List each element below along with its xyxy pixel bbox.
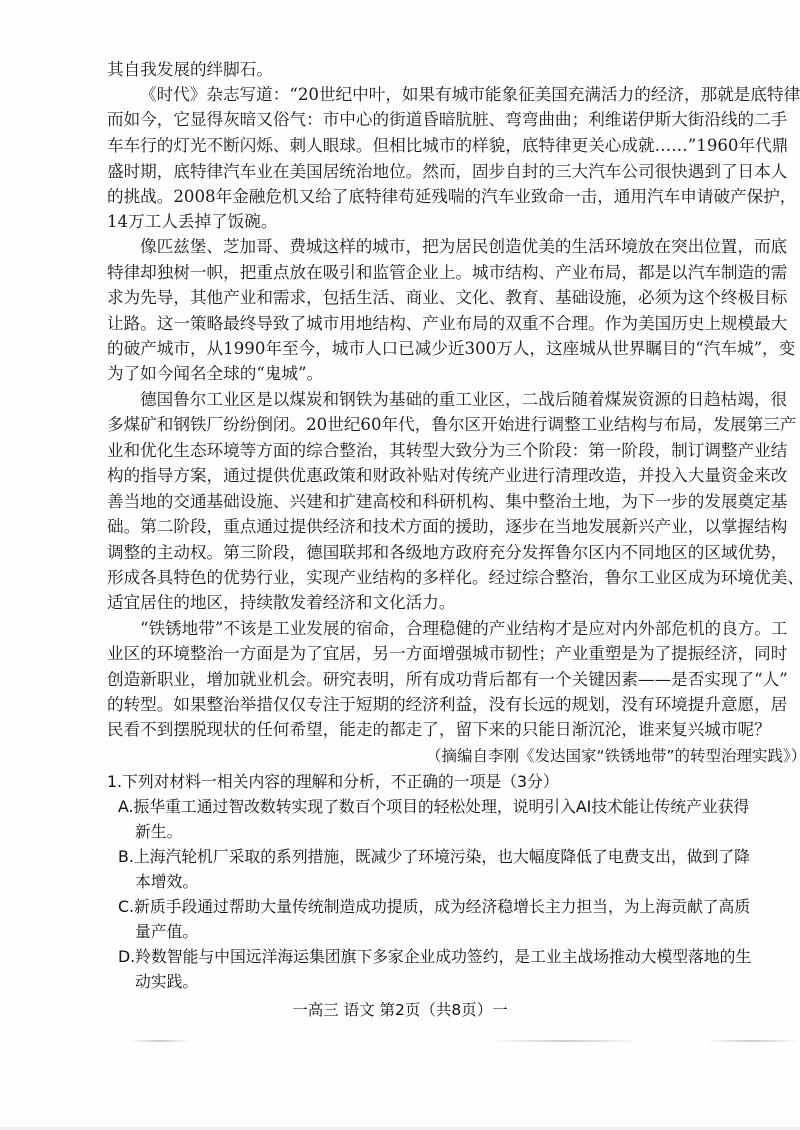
option-c: C.新质手段通过帮助大量传统制造成功提质，成为经济稳增长主力担当，为上海贡献了高… <box>118 895 697 919</box>
passage-line: 让路。这一策略最终导致了城市用地结构、产业布局的双重不合理。作为美国历史上规模最… <box>107 312 697 336</box>
scan-artifact <box>130 1040 190 1042</box>
passage-line: “铁锈地带”不该是工业发展的宿命，合理稳健的产业结构才是应对内外部危机的良方。工 <box>140 617 697 641</box>
page-footer: 一高三 语文 第2页（共8页）一 <box>0 998 800 1020</box>
source-attribution: （摘编自李刚《发达国家“铁锈地带”的转型治理实践》） <box>426 744 697 768</box>
passage-line: 德国鲁尔工业区是以煤炭和钢铁为基础的重工业区，二战后随着煤炭资源的日趋枯竭，很 <box>140 388 697 412</box>
passage-line: 适宜居住的地区，持续散发着经济和文化活力。 <box>107 591 697 615</box>
passage-line: 民看不到摆脱现状的任何希望，能走的都走了，留下来的只能日渐沉沦，谁来复兴城市呢？ <box>107 718 697 742</box>
exam-page: 其自我发展的绊脚石。 《时代》杂志写道：“20世纪中叶，如果有城市能象征美国充满… <box>0 0 800 1130</box>
option-a: A.振华重工通过智改数转实现了数百个项目的轻松处理，说明引入AI技术能让传统产业… <box>118 795 697 819</box>
passage-line: 构的指导方案，通过提供优惠政策和财政补贴对传统产业进行清理改造，并投入大量资金来… <box>107 464 697 488</box>
passage-line: 盛时期，底特律汽车业在美国居统治地位。然而，固步自封的三大汽车公司很快遇到了日本… <box>107 160 697 184</box>
passage-line: 的破产城市，从1990年至今，城市人口已减少近300万人，这座城从世界瞩目的“汽… <box>107 337 697 361</box>
passage-line: 调整的主动权。第三阶段，德国联邦和各级地方政府充分发挥鲁尔区内不同地区的区域优势… <box>107 541 697 565</box>
passage-line: 求为先导，其他产业和需求，包括生活、商业、文化、教育、基础设施，必须为这个终极目… <box>107 286 697 310</box>
passage-line: 为了如今闻名全球的“鬼城”。 <box>107 362 697 386</box>
option-a-cont: 新生。 <box>135 820 697 844</box>
passage-line: 特律却独树一帜，把重点放在吸引和监管企业上。城市结构、产业布局，都是以汽车制造的… <box>107 261 697 285</box>
scan-artifact <box>705 1040 800 1042</box>
passage-line: 的转型。如果整治举措仅仅专注于短期的经济利益，没有长远的规划，没有环境提升意愿，… <box>107 693 697 717</box>
passage-line: 其自我发展的绊脚石。 <box>107 58 697 82</box>
passage-line: 多煤矿和钢铁厂纷纷倒闭。20世纪60年代，鲁尔区开始进行调整工业结构与布局，发展… <box>107 413 697 437</box>
passage-line: 业和优化生态环境等方面的综合整治，其转型大致分为三个阶段：第一阶段，制订调整产业… <box>107 439 697 463</box>
passage-line: 善当地的交通基础设施、兴建和扩建高校和科研机构、集中整治土地，为下一步的发展奠定… <box>107 490 697 514</box>
scan-artifact <box>490 1040 640 1042</box>
passage-line: 的挑战。2008年金融危机又给了底特律苟延残喘的汽车业致命一击，通用汽车申请破产… <box>107 185 697 209</box>
passage-line: 《时代》杂志写道：“20世纪中叶，如果有城市能象征美国充满活力的经济，那就是底特… <box>140 83 697 107</box>
option-d: D.羚数智能与中国远洋海运集团旗下多家企业成功签约，是工业主战场推动大模型落地的… <box>118 945 697 969</box>
option-c-cont: 量产值。 <box>135 920 697 944</box>
option-b-cont: 本增效。 <box>135 870 697 894</box>
passage-line: 业区的环境整治一方面是为了宜居，另一方面增强城市韧性；产业重塑是为了提振经济，同… <box>107 642 697 666</box>
passage-line: 形成各具特色的优势行业，实现产业结构的多样化。经过综合整治，鲁尔工业区成为环境优… <box>107 566 697 590</box>
passage-line: 像匹兹堡、芝加哥、费城这样的城市，把为居民创造优美的生活环境放在突出位置，而底 <box>140 235 697 259</box>
passage-line: 14万工人丢掉了饭碗。 <box>107 210 697 234</box>
passage-line: 创造新职业，增加就业机会。研究表明，所有成功背后都有一个关键因素——是否实现了“… <box>107 668 697 692</box>
passage-line: 而如今，它显得灰暗又俗气：市中心的街道昏暗肮脏、弯弯曲曲；利维诺伊斯大街沿线的二… <box>107 108 697 132</box>
passage-line: 础。第二阶段，重点通过提供经济和技术方面的援助，逐步在当地发展新兴产业，以掌握结… <box>107 515 697 539</box>
passage-line: 车车行的灯光不断闪烁、刺人眼球。但相比城市的样貌，底特律更关心成就……”1960… <box>107 134 697 158</box>
option-b: B.上海汽轮机厂采取的系列措施，既减少了环境污染，也大幅度降低了电费支出，做到了… <box>118 845 697 869</box>
option-d-cont: 动实践。 <box>135 970 697 994</box>
question-stem: 1.下列对材料一相关内容的理解和分析，不正确的一项是（3分） <box>107 770 697 794</box>
